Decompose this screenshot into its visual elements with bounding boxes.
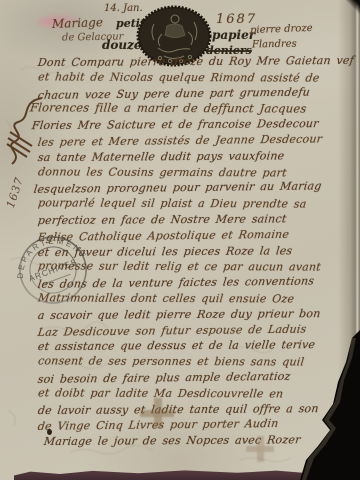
right-note-1: pierre droze xyxy=(250,23,313,36)
cross-stain xyxy=(246,436,274,462)
manuscript-line: et habit de Nicolas quelque Rimond assis… xyxy=(37,69,343,86)
cross-stain xyxy=(140,398,174,428)
archive-stamp-center-text: ARCHIVES xyxy=(27,256,79,283)
archive-stamp-icon: DEPARTEMENT ARCHIVES xyxy=(10,226,96,312)
ink-dot xyxy=(47,429,52,435)
manuscript-line: pourparlé lequel sil plaist a Dieu prend… xyxy=(37,196,343,213)
manuscript-line: sa tante Maternelle dudit pays vauxfoine xyxy=(37,148,343,166)
top-right-corner-shadow xyxy=(346,0,360,14)
title-note: Mariage xyxy=(52,15,103,31)
torn-corner xyxy=(290,330,360,480)
manuscript-photo: 14. Jan. Mariage de Gelacour 1687 petit … xyxy=(0,0,360,480)
right-note-2: Flandres xyxy=(252,39,297,51)
manuscript-line: Dont Comparu pierre droze du Roy Mre Gai… xyxy=(37,53,343,71)
paraph-flourish-icon xyxy=(2,92,50,180)
stamp-word-papier: papier xyxy=(212,28,255,42)
